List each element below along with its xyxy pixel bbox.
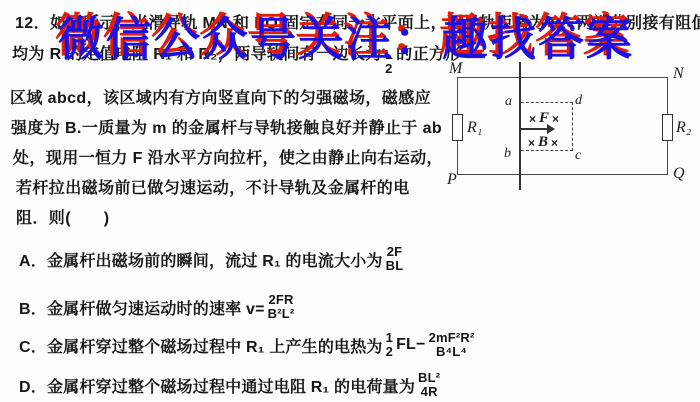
field-label-b: B (538, 135, 548, 150)
fraction-denominator: BL (386, 259, 404, 273)
fraction-denominator: B⁴L⁴ (436, 345, 467, 359)
option-b: B．金属杆做匀速运动时的速率 v= 2FRB²L² (19, 288, 297, 326)
label-d: d (575, 94, 582, 108)
option-c-mid-text: FL− (396, 336, 426, 354)
fraction-denominator: 2 (386, 345, 393, 359)
option-a: A．金属杆出磁场前的瞬间，流过 R₁ 的电流大小为 2FBL (19, 240, 406, 278)
label-c: c (575, 149, 581, 163)
force-arrow-head (547, 124, 555, 134)
question-line-4: 强度为 B.一质量为 m 的金属杆与导轨接触良好并静止于 ab (11, 118, 442, 139)
question-text: 若杆拉出磁场前已做匀速运动，不计导轨及金属杆的电 (16, 180, 410, 197)
question-line-5: 处，现用一恒力 F 沿水平方向拉杆，使之由静止向右运动， (13, 148, 443, 169)
question-line-6: 若杆拉出磁场前已做匀速运动，不计导轨及金属杆的电 (16, 178, 410, 199)
fraction-2fr-over-b2l2: 2FRB²L² (268, 293, 295, 321)
fraction-one-half: 12 (386, 331, 393, 359)
resistor-r1-box (452, 114, 463, 141)
fraction-2mf2r2-over-b4l4: 2mF²R²B⁴L⁴ (429, 331, 475, 359)
fraction-numerator: 1 (386, 331, 393, 345)
resistor-r2-box (662, 114, 673, 141)
label-a: a (505, 95, 512, 109)
option-b-text: B．金属杆做匀速运动时的速率 v= (19, 296, 265, 319)
option-a-text: A．金属杆出磁场前的瞬间，流过 R₁ 的电流大小为 (19, 248, 383, 271)
label-r2: R₂ (676, 120, 691, 136)
force-arrow-line (521, 128, 548, 130)
fraction-numerator: 2FR (268, 293, 293, 307)
label-p: P (447, 172, 457, 188)
label-r1: R₁ (467, 120, 482, 136)
field-cross-icon: × (551, 137, 558, 149)
fraction-denominator: B²L² (268, 307, 295, 321)
fraction-2f-over-bl: 2FBL (386, 245, 404, 273)
question-text: 强度为 B.一质量为 m 的金属杆与导轨接触良好并静止于 ab (11, 120, 442, 137)
field-cross-icon: × (528, 137, 535, 149)
fraction-numerator: 2mF²R² (429, 331, 475, 345)
option-c: C．金属杆穿过整个磁场过程中 R₁ 上产生的电热为 12 FL− 2mF²R²B… (19, 326, 478, 364)
fraction-numerator: BL² (418, 371, 440, 385)
field-cross-icon: × (529, 113, 536, 125)
option-d: D．金属杆穿过整个磁场过程中通过电阻 R₁ 的电荷量为 BL²4R (19, 366, 443, 402)
option-c-text: C．金属杆穿过整个磁场过程中 R₁ 上产生的电热为 (19, 334, 383, 357)
fraction-bl2-over-4r: BL²4R (418, 371, 440, 399)
question-text: 阻．则( ) (16, 210, 109, 227)
question-text: 处，现用一恒力 F 沿水平方向拉杆，使之由静止向右运动， (13, 150, 443, 167)
field-row-b: × B × (528, 135, 558, 150)
watermark-blue-layer: 微信公众号关注：趣找答案 (58, 16, 634, 62)
fraction-numerator: 2F (387, 245, 403, 259)
question-line-7: 阻．则( ) (16, 208, 109, 229)
question-line-3: 区域 abcd，该区域内有方向竖直向下的匀强磁场，磁感应 (10, 88, 431, 109)
option-d-text: D．金属杆穿过整个磁场过程中通过电阻 R₁ 的电荷量为 (19, 374, 415, 397)
label-q: Q (673, 166, 685, 182)
exam-question-page: 12．如图所示，光滑导轨 MN 和 PQ 固定在同一水平面上，两导轨距离为 L，… (0, 0, 700, 402)
question-text: 区域 abcd，该区域内有方向竖直向下的匀强磁场，磁感应 (10, 90, 431, 107)
fraction-denominator: 4R (421, 385, 438, 399)
label-n: N (673, 66, 684, 82)
field-cross-icon: × (552, 113, 559, 125)
label-b: b (504, 147, 511, 161)
watermark-text: 微信公众号关注：趣找答案 (58, 13, 634, 65)
